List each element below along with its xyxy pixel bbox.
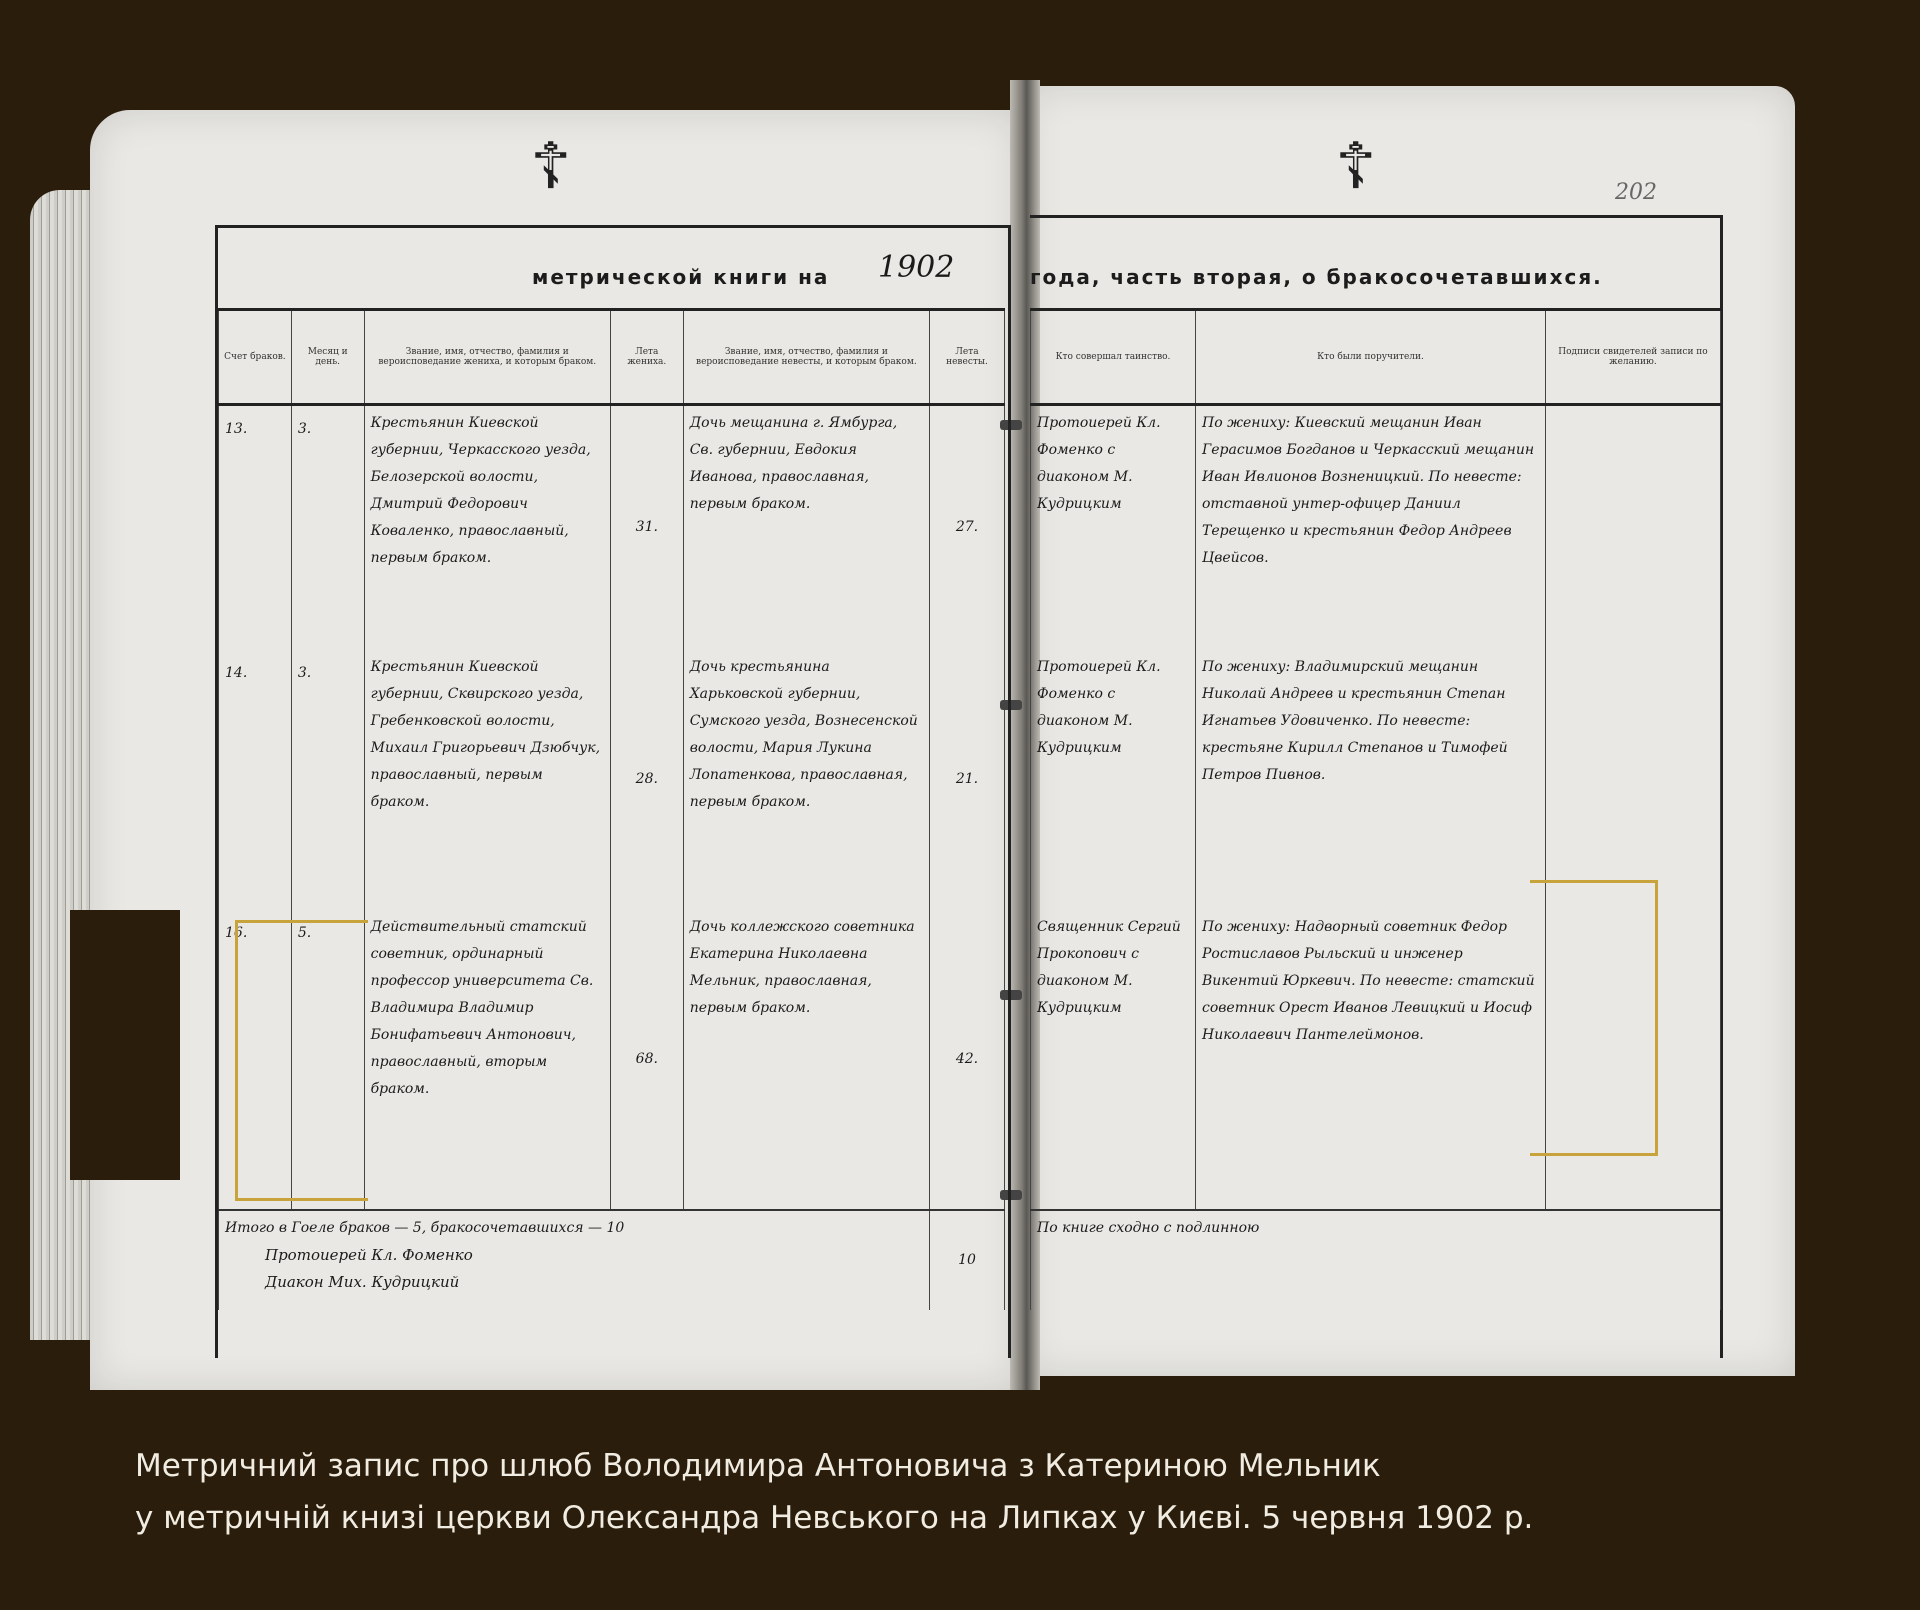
bride-age: 42. (930, 910, 1005, 1210)
column-header: Лета жениха. (610, 310, 683, 405)
groom-details: Крестьянин Киевской губернии, Черкасског… (364, 405, 610, 650)
entry-day: 3. (291, 650, 364, 910)
column-header: Месяц и день. (291, 310, 364, 405)
entry-day: 3. (291, 405, 364, 650)
signature-priest: Протоиерей Кл. Фоменко (225, 1242, 923, 1269)
witness-signatures (1546, 405, 1721, 650)
witnesses: По жениху: Киевский мещанин Иван Герасим… (1196, 405, 1546, 650)
groom-age: 68. (610, 910, 683, 1210)
entry-number: 14. (219, 650, 292, 910)
left-header-title: метрической книги на (532, 265, 829, 289)
groom-age: 31. (610, 405, 683, 650)
table-row: Протоиерей Кл. Фоменко с диаконом М. Куд… (1031, 405, 1721, 650)
caption-line-2: у метричній книзі церкви Олександра Невс… (135, 1492, 1835, 1544)
signature-deacon: Диакон Мих. Кудрицкий (225, 1269, 923, 1296)
officiant: Священник Сергий Прокопович с диаконом М… (1031, 910, 1196, 1210)
table-row: 14. 3. Крестьянин Киевской губернии, Скв… (219, 650, 1005, 910)
summary-row: По книге сходно с подлинною (1031, 1210, 1721, 1310)
witness-signatures (1546, 650, 1721, 910)
bride-details: Дочь мещанина г. Ямбурга, Св. губернии, … (683, 405, 929, 650)
bride-details: Дочь крестьянина Харьковской губернии, С… (683, 650, 929, 910)
summary-count: 10 (930, 1210, 1005, 1310)
column-header: Лета невесты. (930, 310, 1005, 405)
groom-details: Крестьянин Киевской губернии, Сквирского… (364, 650, 610, 910)
table-row: 13. 3. Крестьянин Киевской губернии, Чер… (219, 405, 1005, 650)
imperial-eagle-emblem-icon: ☦ (530, 135, 572, 199)
column-header: Звание, имя, отчество, фамилия и вероисп… (364, 310, 610, 405)
entry-number: 13. (219, 405, 292, 650)
summary-total: Итого в Гоеле браков — 5, бракосочетавши… (225, 1215, 923, 1242)
column-header: Подписи свидетелей записи по желанию. (1546, 310, 1721, 405)
photo-caption: Метричний запис про шлюб Володимира Анто… (135, 1440, 1835, 1544)
summary-text: Итого в Гоеле браков — 5, бракосочетавши… (219, 1210, 930, 1310)
column-header: Звание, имя, отчество, фамилия и вероисп… (683, 310, 929, 405)
bride-age: 21. (930, 650, 1005, 910)
column-header: Кто совершал таинство. (1031, 310, 1196, 405)
witnesses: По жениху: Надворный советник Федор Рост… (1196, 910, 1546, 1210)
background-cutout (70, 910, 180, 1180)
groom-details: Действительный статский советник, ордина… (364, 910, 610, 1210)
highlight-box-left (235, 920, 368, 1201)
handwritten-year: 1902 (878, 250, 954, 285)
officiant: Протоиерей Кл. Фоменко с диаконом М. Куд… (1031, 405, 1196, 650)
highlight-box-right (1530, 880, 1658, 1156)
right-ledger-table: Кто совершал таинство. Кто были поручите… (1030, 308, 1721, 1310)
column-header: Кто были поручители. (1196, 310, 1546, 405)
right-header-title: года, часть вторая, о бракосочетавшихся. (1030, 265, 1603, 289)
open-register-book: ☦ ☦ 202 метрической книги на 1902 года, … (30, 80, 1850, 1400)
summary-note: По книге сходно с подлинною (1031, 1210, 1721, 1310)
officiant: Протоиерей Кл. Фоменко с диаконом М. Куд… (1031, 650, 1196, 910)
groom-age: 28. (610, 650, 683, 910)
witnesses: По жениху: Владимирский мещанин Николай … (1196, 650, 1546, 910)
table-row: Протоиерей Кл. Фоменко с диаконом М. Куд… (1031, 650, 1721, 910)
caption-line-1: Метричний запис про шлюб Володимира Анто… (135, 1440, 1835, 1492)
imperial-eagle-emblem-icon: ☦ (1335, 135, 1377, 199)
bride-age: 27. (930, 405, 1005, 650)
page-number: 202 (1615, 180, 1657, 205)
summary-row: Итого в Гоеле браков — 5, бракосочетавши… (219, 1210, 1005, 1310)
bride-details: Дочь коллежского советника Екатерина Ник… (683, 910, 929, 1210)
column-header: Счет браков. (219, 310, 292, 405)
